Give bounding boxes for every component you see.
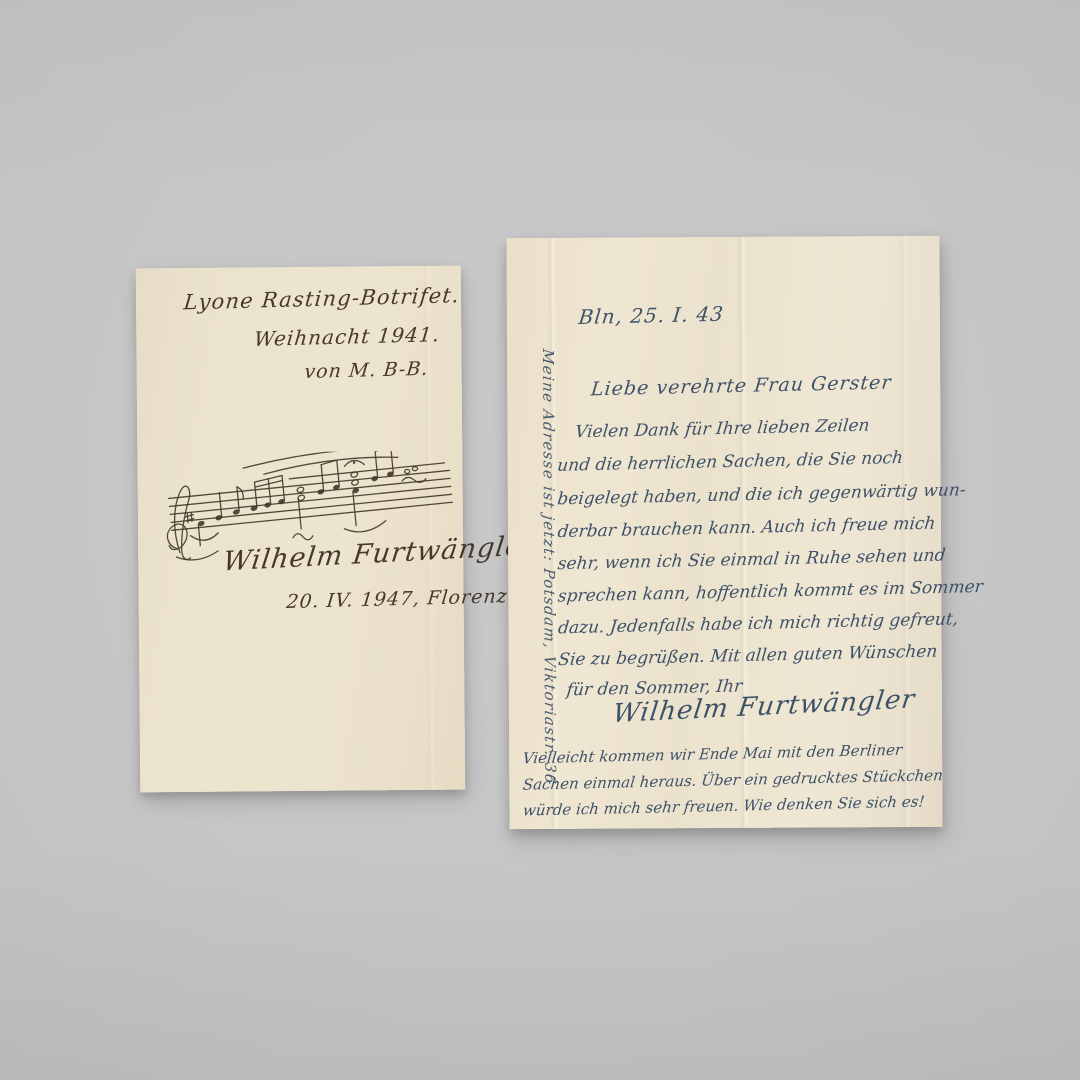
postscript-line: Sachen einmal heraus. Über ein gedruckte… — [522, 766, 944, 794]
dateline-right: Bln, 25. I. 43 — [578, 302, 726, 329]
letter-body-line: Vielen Dank für Ihre lieben Zeilen — [574, 416, 870, 443]
dedication-line-3: von M. B-B. — [303, 358, 429, 383]
right-letter-page: Meine Adresse ist jetzt: Potsdam, Viktor… — [506, 236, 942, 829]
salutation: Liebe verehrte Frau Gerster — [590, 372, 893, 401]
letter-body: Vielen Dank für Ihre lieben Zeilen und d… — [557, 418, 937, 720]
letter-body-line: beigelegt haben, und die ich gegenwärtig… — [556, 480, 966, 509]
letter-body-line: Sie zu begrüßen. Mit allen guten Wünsche… — [557, 642, 938, 671]
postscript: Vielleicht kommen wir Ende Mai mit den B… — [523, 744, 937, 746]
letter-body-line: derbar brauchen kann. Auch ich freue mic… — [557, 514, 937, 543]
dedication-line-2: Weihnacht 1941. — [253, 322, 441, 351]
postscript-line: würde ich mich sehr freuen. Wie denken S… — [522, 792, 925, 819]
letter-body-line: sehr, wenn ich Sie einmal in Ruhe sehen … — [557, 545, 947, 574]
letter-body-line: dazu. Jedenfalls habe ich mich richtig g… — [557, 609, 959, 638]
postscript-line: Vielleicht kommen wir Ende Mai mit den B… — [522, 741, 903, 768]
dedication-line-1: Lyone Rasting-Botrifet. — [183, 283, 462, 314]
letter-body-line: und die herrlichen Sachen, die Sie noch — [556, 448, 904, 476]
left-manuscript-page: Lyone Rasting-Botrifet. Weihnacht 1941. … — [136, 266, 466, 793]
margin-address-note: Meine Adresse ist jetzt: Potsdam, Viktor… — [539, 348, 559, 786]
letter-body-line: sprechen kann, hoffentlich kommt es im S… — [557, 577, 984, 607]
dateline-left: 20. IV. 1947, Florenz — [285, 585, 508, 613]
manuscript-photo: Lyone Rasting-Botrifet. Weihnacht 1941. … — [0, 0, 1080, 1080]
